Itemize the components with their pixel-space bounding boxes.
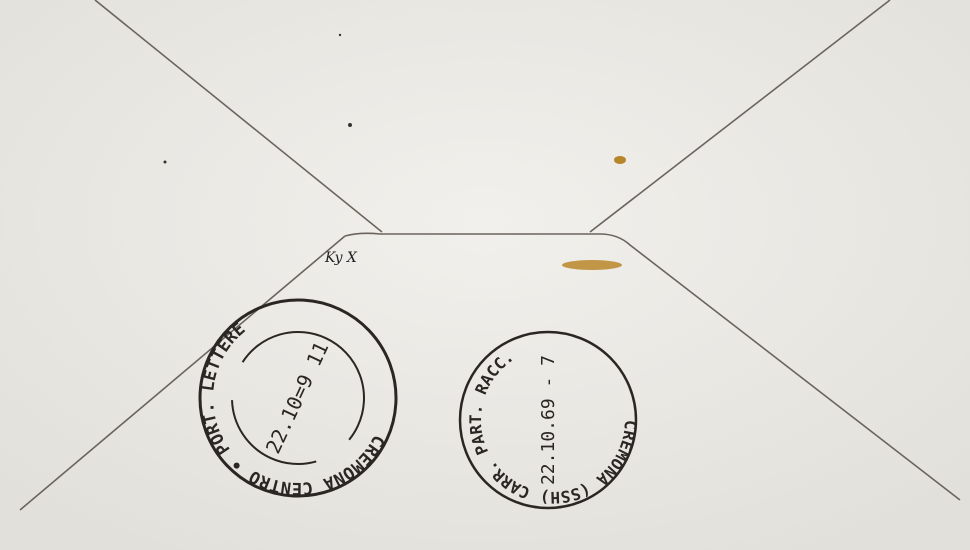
handwriting: Ky X	[324, 250, 358, 266]
postmark-right-date: 22.10.69 - 7	[538, 355, 559, 485]
envelope-back: Ky X CREMONA CENTRO • PORT. LETTERE 22.1…	[0, 0, 970, 550]
